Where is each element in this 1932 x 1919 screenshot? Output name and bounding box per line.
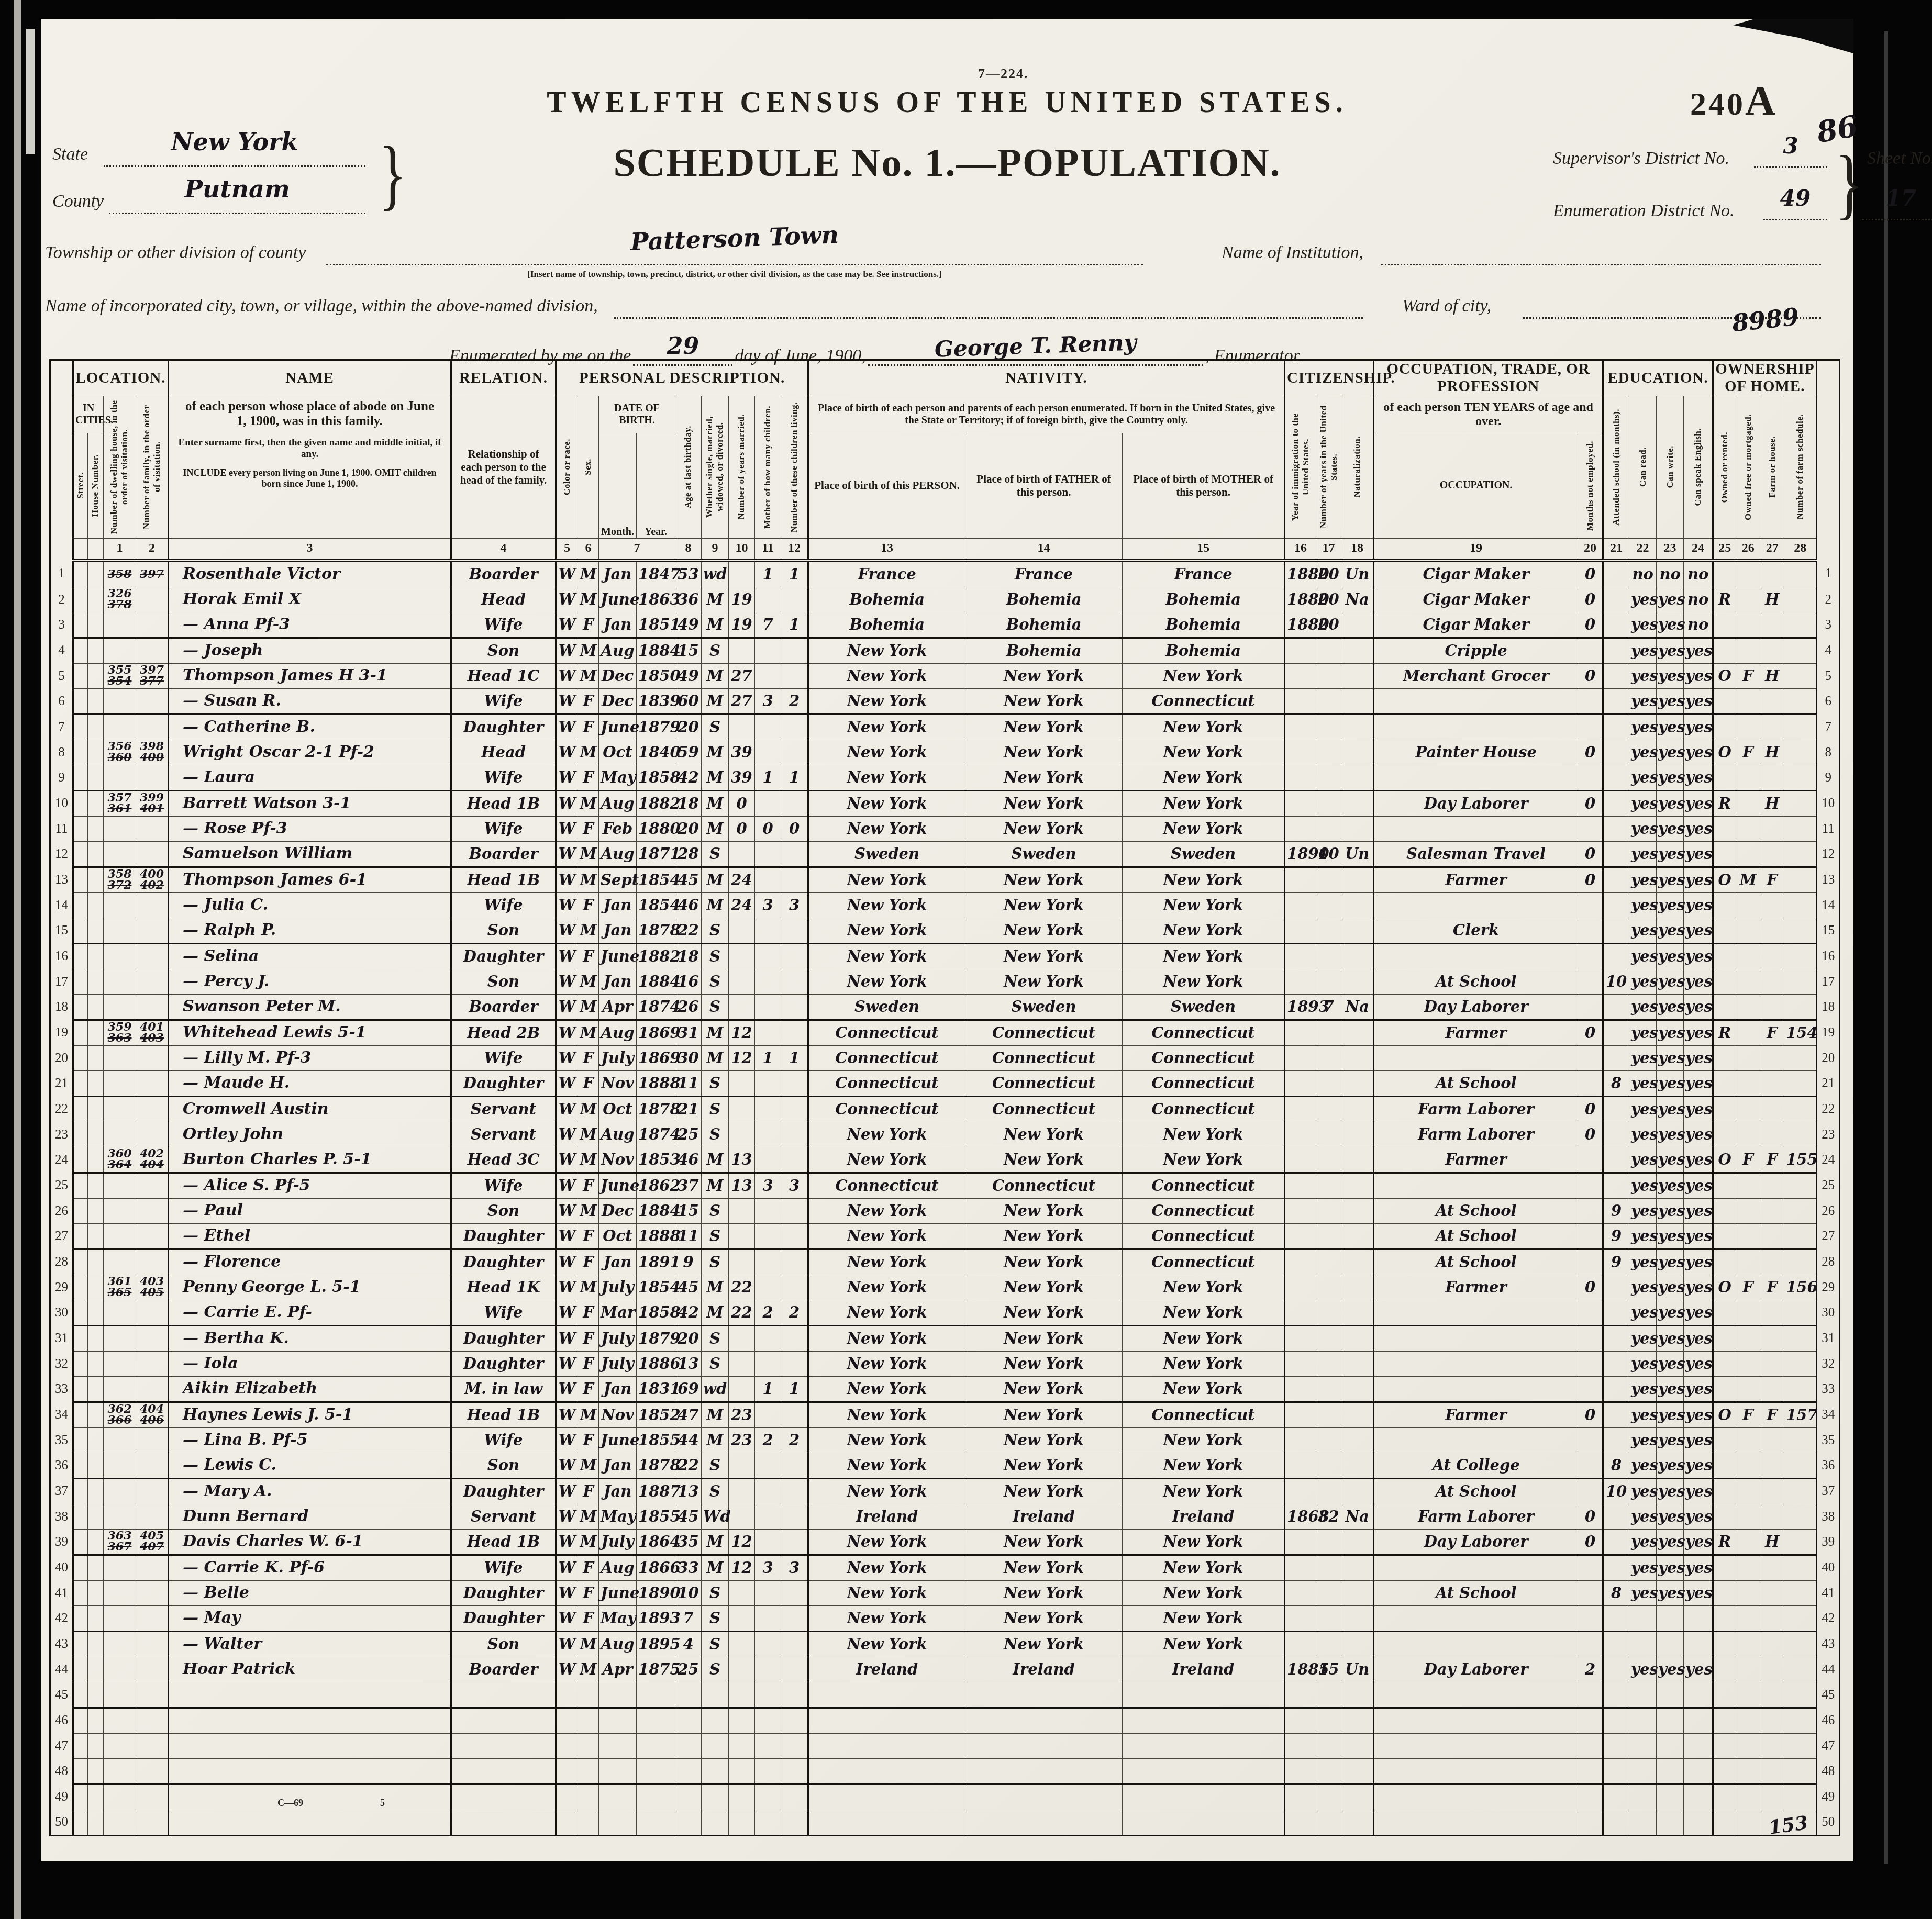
cell [73,1504,88,1529]
cell: Aug [599,1555,637,1580]
cell [1736,1733,1760,1758]
cell [1784,1758,1817,1784]
cell [104,1758,136,1784]
cell [136,1223,169,1249]
col-can-write: Can write. [1657,396,1684,538]
cell: New York [1123,1300,1285,1325]
cell [729,1631,755,1657]
row-number-right: 12 [1817,841,1840,867]
row-number-right: 40 [1817,1555,1840,1580]
cell: Whitehead Lewis 5-1 [169,1020,451,1045]
cell: Penny George L. 5-1 [169,1275,451,1300]
institution-label: Name of Institution, [1222,243,1363,263]
cell: New York [1123,714,1285,740]
row-number-left: 1 [50,560,73,587]
cell: — Lilly M. Pf-3 [169,1045,451,1070]
cell [1736,1300,1760,1325]
cell [1760,1300,1784,1325]
cell: Jan [599,1376,637,1402]
cell: yes [1684,943,1713,969]
cell [1784,1504,1817,1529]
cell [136,1427,169,1453]
column-number: 17 [1316,538,1341,560]
table-row: 1358397Rosenthale VictorBoarderWMJan1847… [50,560,1840,587]
cell: M [578,1147,599,1173]
cell: 49 [675,612,702,638]
cell [599,1810,637,1835]
cell: 1890 [1285,841,1316,867]
cell [1736,1708,1760,1733]
cell [781,1122,808,1147]
cell: W [556,918,578,943]
cell [1578,1223,1603,1249]
column-number: 18 [1341,538,1374,560]
cell: W [556,688,578,714]
cell [556,1708,578,1733]
row-number-right: 16 [1817,943,1840,969]
cell [1713,1198,1736,1223]
row-number-left: 41 [50,1580,73,1605]
cell [88,1402,104,1427]
cell: M [578,1275,599,1300]
cell: 42 [675,765,702,790]
cell [1603,867,1629,892]
cell [88,1325,104,1351]
cell: yes [1629,1045,1657,1070]
cell: 0 [1578,612,1603,638]
cell [1784,612,1817,638]
cell [73,612,88,638]
cell: Cigar Maker [1374,612,1578,638]
cell [1578,1045,1603,1070]
cell [755,841,781,867]
cell [1316,1325,1341,1351]
cell: New York [808,790,965,816]
cell: Ireland [965,1657,1123,1682]
cell: 3 [755,1173,781,1198]
column-number: 12 [781,538,808,560]
cell: New York [965,816,1123,841]
column-number: 10 [729,538,755,560]
cell: 23 [729,1402,755,1427]
cell: yes [1684,816,1713,841]
cell: Head 1K [451,1275,556,1300]
cell: Daughter [451,1325,556,1351]
cell [1374,765,1578,790]
cell [1123,1682,1285,1708]
cell [1285,1631,1316,1657]
cell: 19 [729,612,755,638]
col-relation-description: Relationship of each person to the head … [451,396,556,538]
cell [1629,1631,1657,1657]
nativity-note: Place of birth of each person and parent… [808,396,1285,433]
cell [1285,1045,1316,1070]
cell [104,1351,136,1376]
cell [1285,816,1316,841]
cell: New York [1123,969,1285,994]
cell [781,1657,808,1682]
cell [1316,867,1341,892]
cell: 45 [675,1275,702,1300]
cell [1341,1631,1374,1657]
cell: Head 1B [451,867,556,892]
cell: 1879 [637,714,675,740]
row-number-right: 46 [1817,1708,1840,1733]
cell: 401403 [136,1020,169,1045]
cell: 15 [1316,1657,1341,1682]
cell [1374,1708,1578,1733]
row-number-right: 39 [1817,1529,1840,1555]
cell [1736,560,1760,587]
cell [1657,1758,1684,1784]
cell: 1880 [637,816,675,841]
cell: M [702,765,729,790]
cell [73,918,88,943]
cell: — May [169,1605,451,1631]
cell [1603,943,1629,969]
cell: Mar [599,1300,637,1325]
cell [755,1325,781,1351]
cell [578,1733,599,1758]
cell: Bohemia [965,612,1123,638]
cell: M [702,688,729,714]
cell: yes [1684,1478,1713,1504]
row-number-left: 8 [50,740,73,765]
cell: 11 [675,1070,702,1096]
cell: yes [1657,714,1684,740]
cell: yes [1684,663,1713,688]
cell: W [556,1453,578,1478]
cell: 1891 [637,1249,675,1275]
cell: At College [1374,1453,1578,1478]
cell: New York [965,790,1123,816]
cell: yes [1684,994,1713,1020]
cell: 3 [781,892,808,918]
cell [136,1733,169,1758]
cell: New York [808,1249,965,1275]
cell: W [556,1096,578,1122]
cell [1374,1733,1578,1758]
cell: Connecticut [1123,1173,1285,1198]
row-number-right: 38 [1817,1504,1840,1529]
cell: M [702,867,729,892]
cell: W [556,1020,578,1045]
cell: New York [1123,1580,1285,1605]
cell [755,1758,781,1784]
row-number-left: 18 [50,994,73,1020]
cell [1784,1045,1817,1070]
population-table: LOCATION. NAME RELATION. PERSONAL DESCRI… [49,359,1840,1836]
cell [781,1758,808,1784]
table-row: 34362366404406Haynes Lewis J. 5-1Head 1B… [50,1402,1840,1427]
row-number-left: 50 [50,1810,73,1835]
cell [1784,1708,1817,1733]
cell: — Lina B. Pf-5 [169,1427,451,1453]
cell [781,1453,808,1478]
cell [1316,1784,1341,1810]
enumerator-name: George T. Renny [934,329,1137,362]
cell: 46 [675,1147,702,1173]
cell [1736,1810,1760,1835]
cell [729,1223,755,1249]
cell: 1871 [637,841,675,867]
cell [755,790,781,816]
cell [729,1198,755,1223]
cell: no [1657,560,1684,587]
cell: 404406 [136,1402,169,1427]
cell [1784,1249,1817,1275]
row-number-right: 32 [1817,1351,1840,1376]
cell: F [1760,1275,1784,1300]
cell: F [578,612,599,638]
cell: yes [1657,1529,1684,1555]
cell: yes [1684,1555,1713,1580]
cell: New York [1123,765,1285,790]
cell [1713,1427,1736,1453]
cell: yes [1629,663,1657,688]
cell [781,1070,808,1096]
cell: 1 [781,612,808,638]
cell: no [1629,560,1657,587]
cell: yes [1657,1580,1684,1605]
cell: yes [1629,892,1657,918]
cell: Connecticut [965,1045,1123,1070]
cell [88,969,104,994]
cell: W [556,1122,578,1147]
cell [88,816,104,841]
cell: W [556,1147,578,1173]
cell: Daughter [451,714,556,740]
cell [104,1708,136,1733]
cell [1285,1122,1316,1147]
cell [1713,841,1736,867]
cell [729,1657,755,1682]
cell [1374,1376,1578,1402]
cell [104,918,136,943]
cell: Aug [599,790,637,816]
table-row: 37— Mary A.DaughterWFJan188713SNew YorkN… [50,1478,1840,1504]
cell [136,1096,169,1122]
cell: — Lewis C. [169,1453,451,1478]
cell [1316,1631,1341,1657]
cell: 1874 [637,1122,675,1147]
cell [136,969,169,994]
cell [136,1249,169,1275]
row-number-right: 50 [1817,1810,1840,1835]
cell: W [556,1631,578,1657]
cell [1603,1733,1629,1758]
cell [1578,1580,1603,1605]
cell: 405407 [136,1529,169,1555]
cell: W [556,1351,578,1376]
table-row: 6— Susan R.WifeWFDec183960M2732New YorkN… [50,688,1840,714]
cell [1736,1249,1760,1275]
cell: 1 [755,1045,781,1070]
cell: S [702,1198,729,1223]
cell: Sept [599,867,637,892]
cell: yes [1629,587,1657,612]
row-number-right: 29 [1817,1275,1840,1300]
cell [1341,969,1374,994]
cell: W [556,943,578,969]
cell [136,612,169,638]
col-occupation: OCCUPATION. [1374,433,1578,538]
cell: yes [1684,1427,1713,1453]
table-row: 43— WalterSonWMAug18954SNew YorkNew York… [50,1631,1840,1657]
cell: yes [1684,1529,1713,1555]
cell [1736,1453,1760,1478]
cell [1603,663,1629,688]
cell: Wife [451,1555,556,1580]
cell [136,1657,169,1682]
cell [73,816,88,841]
cell: — Susan R. [169,688,451,714]
cell: M [578,587,599,612]
cell: Connecticut [1123,1045,1285,1070]
cell [556,1733,578,1758]
col-attended-school: Attended school (in months). [1603,396,1629,538]
cell: H [1760,587,1784,612]
cell: 0 [1578,1529,1603,1555]
cell [1784,1096,1817,1122]
cell: H [1760,740,1784,765]
cell: At School [1374,1198,1578,1223]
cell: yes [1657,1275,1684,1300]
cell: no [1684,560,1713,587]
cell [1629,1810,1657,1835]
cell: 1880 [1285,560,1316,587]
cell [702,1758,729,1784]
row-number-right: 41 [1817,1580,1840,1605]
cell [1736,1758,1760,1784]
cell [637,1758,675,1784]
cell [1374,1427,1578,1453]
cell: Salesman Travel [1374,841,1578,867]
cell [1578,994,1603,1020]
cell: 2 [755,1300,781,1325]
cell [1341,663,1374,688]
cell [1578,1555,1603,1580]
cell [1784,1580,1817,1605]
cell [1684,1733,1713,1758]
cell [1736,841,1760,867]
cell [1760,560,1784,587]
cell: F [578,1325,599,1351]
cell: Samuelson William [169,841,451,867]
cell [104,612,136,638]
cell [1760,841,1784,867]
cell [1316,638,1341,663]
cell [1341,1249,1374,1275]
cell: yes [1657,765,1684,790]
cell: yes [1657,969,1684,994]
cell [1736,994,1760,1020]
cell: Head 1B [451,1402,556,1427]
cell: yes [1657,1555,1684,1580]
supervisor-district-value: 3 [1783,133,1798,159]
cell: yes [1657,1453,1684,1478]
cell [1713,1580,1736,1605]
cell [88,1555,104,1580]
cell: Wife [451,688,556,714]
cell [578,1810,599,1835]
enumeration-district-line: 49 [1763,185,1827,220]
cell: yes [1684,841,1713,867]
row-number-right: 8 [1817,740,1840,765]
cell [1578,1631,1603,1657]
cell [73,1427,88,1453]
enumerated-day: 29 [667,333,699,360]
cell: Daughter [451,1580,556,1605]
cell [88,1453,104,1478]
cell [1316,943,1341,969]
cell: New York [965,867,1123,892]
cell: 397377 [136,663,169,688]
cell: 1888 [637,1223,675,1249]
cell [88,1504,104,1529]
cell: yes [1657,1020,1684,1045]
cell: Na [1341,994,1374,1020]
cell: 1 [755,765,781,790]
cell: Servant [451,1096,556,1122]
cell [1316,1580,1341,1605]
cell: W [556,816,578,841]
cell: — Rose Pf-3 [169,816,451,841]
cell: Daughter [451,1351,556,1376]
cell [1578,638,1603,663]
cell: 0 [1578,1402,1603,1427]
cell: yes [1684,1096,1713,1122]
cell: M [578,1402,599,1427]
cell: yes [1657,1376,1684,1402]
cell: yes [1657,740,1684,765]
cell: — Ethel [169,1223,451,1249]
cell [1603,1173,1629,1198]
cell: yes [1684,969,1713,994]
cell [1713,1223,1736,1249]
cell: June [599,587,637,612]
cell [1713,892,1736,918]
cell [136,918,169,943]
cell: Apr [599,1657,637,1682]
cell: Servant [451,1122,556,1147]
cell [1784,638,1817,663]
cell: — Walter [169,1631,451,1657]
cell: Apr [599,994,637,1020]
cell [104,892,136,918]
cell: yes [1684,638,1713,663]
cell [1285,765,1316,790]
cell: yes [1657,841,1684,867]
census-scan-page: 7—224. TWELFTH CENSUS OF THE UNITED STAT… [0,0,1932,1919]
cell [1684,1605,1713,1631]
cell [1736,1555,1760,1580]
cell: At School [1374,1070,1578,1096]
cell [675,1758,702,1784]
cell [1736,765,1760,790]
cell [755,1096,781,1122]
cell [1713,1631,1736,1657]
cell: M [578,841,599,867]
cell [104,943,136,969]
cell [88,994,104,1020]
cell [1713,1708,1736,1733]
row-number-right: 4 [1817,638,1840,663]
cell [1784,867,1817,892]
cell: 0 [1578,1504,1603,1529]
cell [781,1402,808,1427]
cell: Nov [599,1402,637,1427]
